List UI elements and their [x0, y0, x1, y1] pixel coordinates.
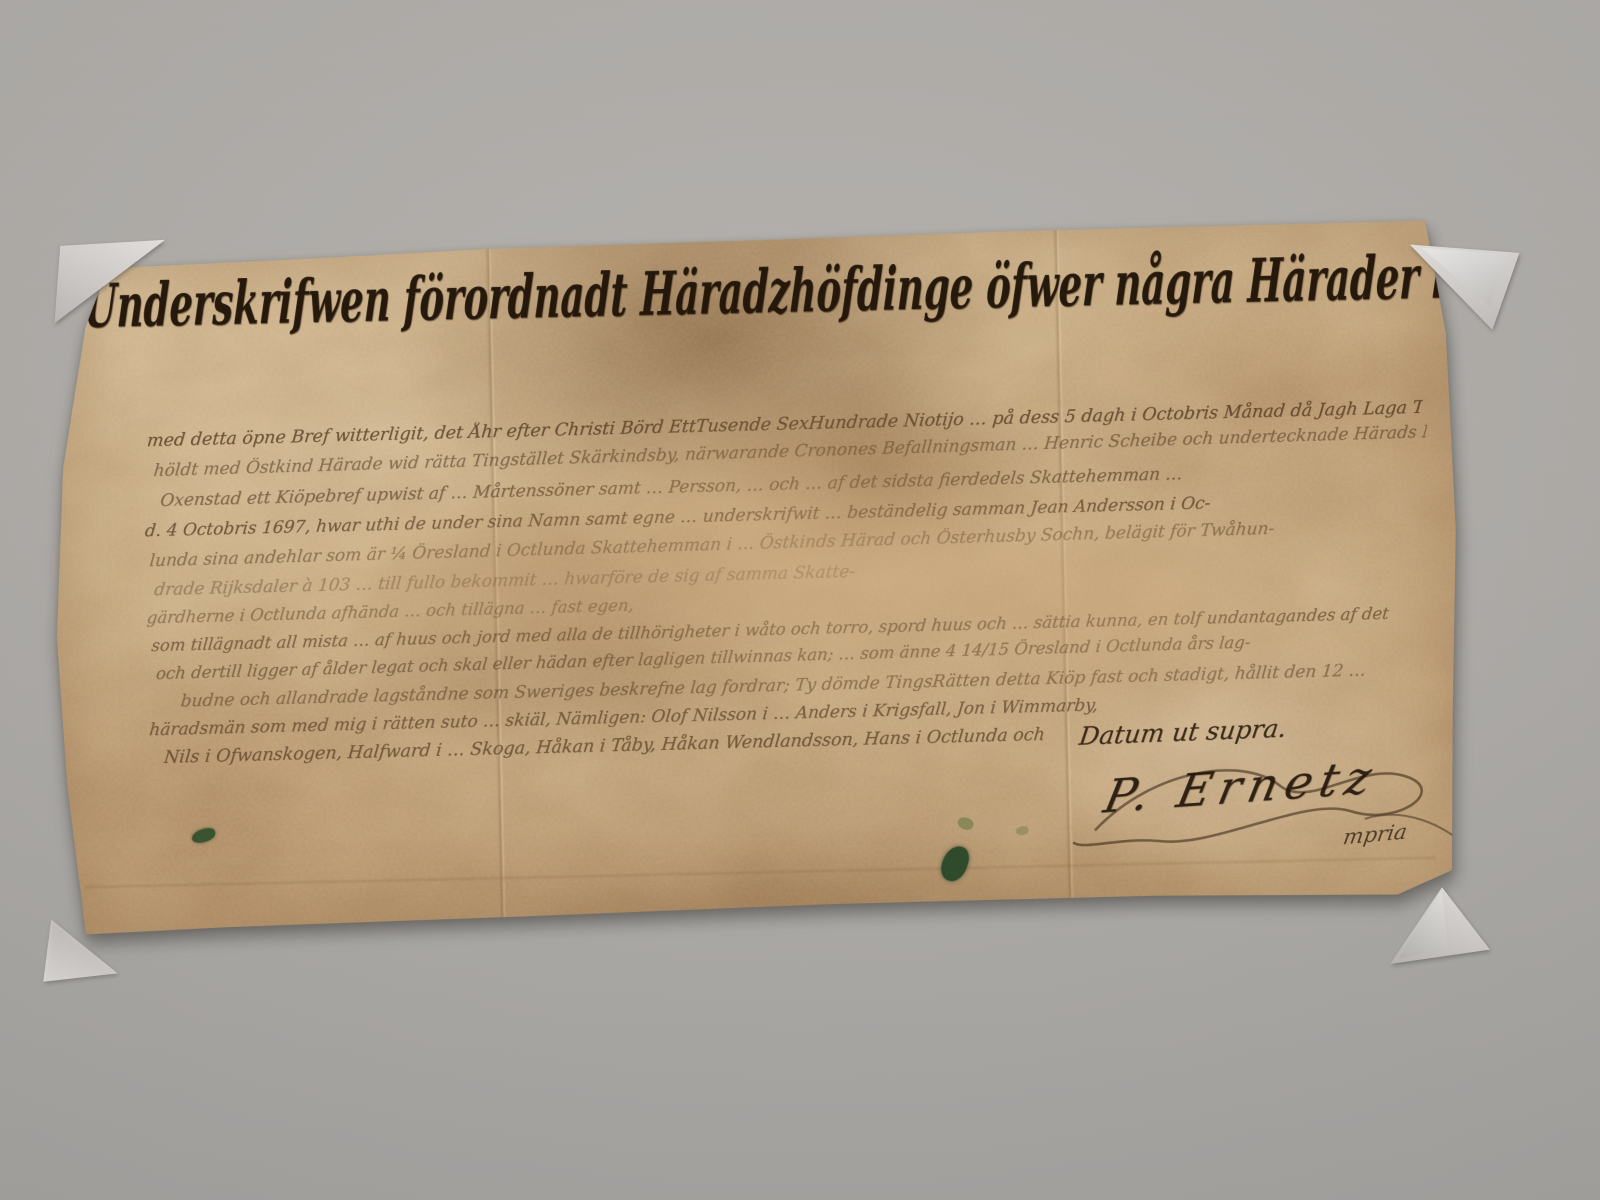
- photo-corner-mount-top-right: [1405, 230, 1523, 334]
- photo-corner-mount-bottom-right: [1390, 884, 1490, 964]
- photo-corner-mount-top-left: [52, 238, 170, 326]
- parchment-surface: Underskrifwen förordnadt Häradzhöfdinge …: [43, 207, 1466, 940]
- calligraphic-heading: Underskrifwen förordnadt Häradzhöfdinge …: [84, 241, 1445, 342]
- handwritten-text-block: Underskrifwen förordnadt Häradzhöfdinge …: [43, 207, 1466, 940]
- photo-corner-mount-bottom-left: [40, 916, 120, 986]
- datum-ut-supra-closing: Datum ut supra.: [1077, 714, 1288, 751]
- parchment-document: Underskrifwen förordnadt Häradzhöfdinge …: [43, 207, 1466, 940]
